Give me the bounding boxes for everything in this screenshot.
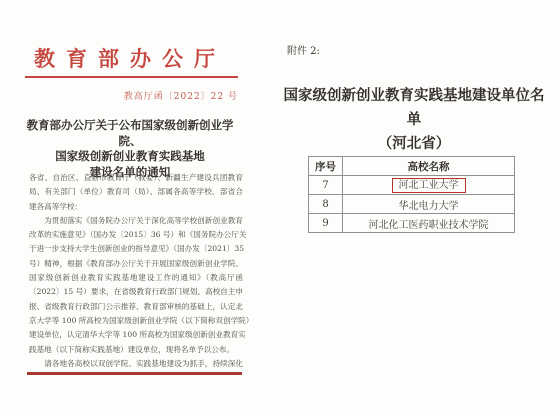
table-row: 8 华北电力大学	[309, 195, 515, 214]
table-row: 9 河北化工医药职业技术学院	[309, 214, 515, 233]
body-line: 于进一步支持大学生创新创业的指导意见》（国办发〔2021〕35	[29, 242, 243, 256]
body-line: 号）精神，根据《教育部办公厅关于开展国家级创新创业学院、	[29, 257, 243, 271]
page-bottom-rule	[27, 372, 242, 375]
document-body: 各省、自治区、直辖市教育厅（教委）、新疆生产建设兵团教育 局、有关部门（单位）教…	[29, 171, 243, 371]
highlighted-university-box: 河北工业大学	[392, 178, 466, 193]
body-line: 践基地（以下简称实践基地）建设单位，现将名单予以公布。	[29, 343, 243, 357]
university-list-table: 序号 高校名称 7 河北工业大学 8 华北电力大学 9 河北化工医药职业技术学院	[308, 156, 515, 233]
body-line: 各省、自治区、直辖市教育厅（教委）、新疆生产建设兵团教育	[29, 171, 243, 185]
body-line: 京大学等 100 所高校为国家级创新创业学院（以下简称双创学院）	[29, 314, 243, 328]
body-line: 报、省级教育行政部门公示推荐、教育部审核的基础上，认定北	[29, 300, 243, 314]
row-number: 9	[309, 214, 343, 233]
table-header-row: 序号 高校名称	[309, 157, 515, 176]
body-line: 建各高等学校：	[29, 200, 243, 214]
agency-header: 教育部办公厅	[20, 43, 240, 73]
attachment-title-line-2: （河北省）	[278, 132, 550, 156]
row-number: 8	[309, 195, 343, 214]
body-line: 为贯彻落实《国务院办公厅关于深化高等学校创新创业教育	[29, 214, 243, 228]
university-name-cell: 华北电力大学	[343, 195, 515, 214]
attachment-label: 附件 2:	[287, 42, 320, 57]
body-line: 国家级创新创业教育实践基地建设工作的通知》（教高厅函	[29, 271, 243, 285]
body-line: 改革的实施意见》（国办发〔2015〕36 号）和《国务院办公厅关	[29, 228, 243, 242]
body-line: 局、有关部门（单位）教育司（局）、部属各高等学校、部省合	[29, 185, 243, 199]
body-line: 建设单位，认定清华大学等 100 所高校为国家级创新创业教育实	[29, 328, 243, 342]
body-line: 〔2022〕15 号）要求，在省级教育行政部门规划、高校自主申	[29, 285, 243, 299]
body-line: 请各地各高校以双创学院、实践基地建设为抓手，持续深化	[29, 357, 243, 371]
university-name-cell: 河北化工医药职业技术学院	[343, 214, 515, 233]
attachment-title-line-1: 国家级创新创业教育实践基地建设单位名单	[278, 84, 550, 132]
row-number: 7	[309, 176, 343, 195]
attachment-title: 国家级创新创业教育实践基地建设单位名单 （河北省）	[278, 84, 550, 156]
header-divider-rule	[25, 76, 238, 78]
document-title-line-2: 国家级创新创业教育实践基地	[16, 149, 244, 165]
table-row: 7 河北工业大学	[309, 176, 515, 195]
document-number: 教高厅函〔2022〕22 号	[20, 89, 238, 102]
column-header-number: 序号	[309, 157, 343, 176]
university-name-cell: 河北工业大学	[343, 176, 515, 195]
column-header-university: 高校名称	[343, 157, 515, 176]
document-title-line-1: 教育部办公厅关于公布国家级创新创业学院、	[16, 118, 244, 149]
